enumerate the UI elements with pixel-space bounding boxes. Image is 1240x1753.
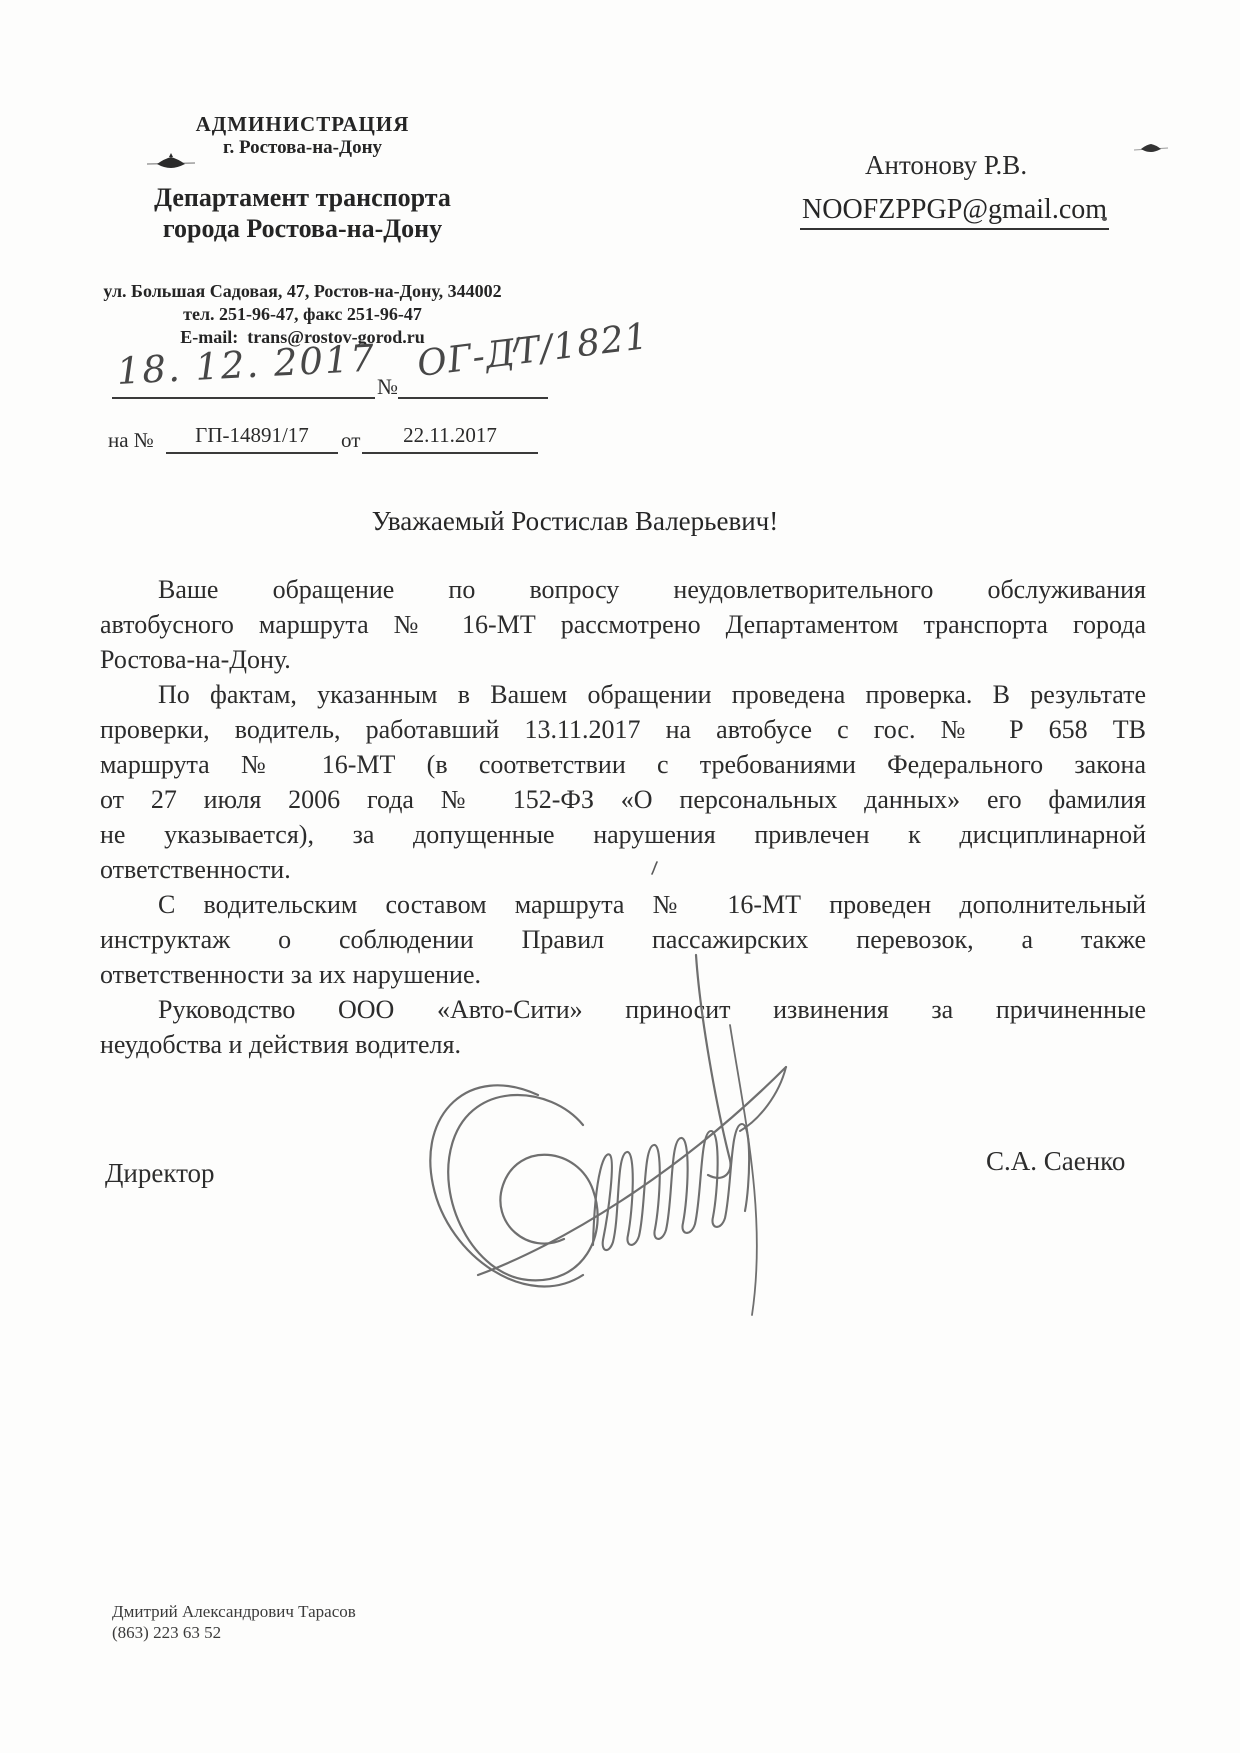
signature-scribble (378, 945, 808, 1330)
signature-title: Директор (105, 1158, 215, 1189)
wing-pen-mark-icon (146, 153, 196, 175)
incoming-date: 22.11.2017 (362, 423, 538, 454)
paragraph: Ваше обращение по вопросу неудовлетворит… (100, 572, 1146, 677)
body-line: проверки, водитель, работавший 13.11.201… (100, 712, 1146, 747)
body-line: По фактам, указанным в Вашем обращении п… (100, 677, 1146, 712)
executor-phone: (863) 223 63 52 (112, 1622, 356, 1643)
number-underline (398, 397, 548, 399)
paragraph: По фактам, указанным в Вашем обращении п… (100, 677, 1146, 887)
stray-dot-mark (1102, 217, 1107, 221)
from-label: от (341, 428, 360, 453)
body-line: ответственности. (100, 852, 1146, 887)
incoming-label: на № (108, 428, 154, 453)
body-line: автобусного маршрута № 16-МТ рассмотрено… (100, 607, 1146, 642)
pen-tick-icon (1133, 140, 1169, 158)
scanned-letter-page: АДМИНИСТРАЦИЯ г. Ростова-на-Дону Департа… (0, 0, 1240, 1753)
body-line: Ваше обращение по вопросу неудовлетворит… (100, 572, 1146, 607)
sender-org-line1: АДМИНИСТРАЦИЯ (95, 112, 510, 137)
recipient-name: Антонову Р.В. (865, 150, 1027, 181)
executor-name: Дмитрий Александрович Тарасов (112, 1601, 356, 1622)
stray-comma-mark (650, 860, 660, 876)
sender-dept-line2: города Ростова-на-Дону (95, 214, 510, 244)
body-line: от 27 июля 2006 года № 152-ФЗ «О персона… (100, 782, 1146, 817)
sender-phone-fax: тел. 251-96-47, факс 251-96-47 (95, 304, 510, 325)
date-underline (112, 397, 375, 399)
executor-block: Дмитрий Александрович Тарасов (863) 223 … (112, 1601, 356, 1643)
body-line: Ростова-на-Дону. (100, 642, 1146, 677)
number-label: № (377, 374, 398, 400)
body-line: не указывается), за допущенные нарушения… (100, 817, 1146, 852)
recipient-email: NOOFZPPGP@gmail.com (800, 194, 1109, 230)
sender-address: ул. Большая Садовая, 47, Ростов-на-Дону,… (95, 281, 510, 302)
body-line: С водительским составом маршрута № 16-МТ… (100, 887, 1146, 922)
salutation: Уважаемый Ростислав Валерьевич! (100, 506, 1050, 537)
sender-dept-line1: Департамент транспорта (95, 183, 510, 213)
signature-name: С.А. Саенко (986, 1146, 1125, 1177)
body-line: маршрута № 16-МТ (в соответствии с требо… (100, 747, 1146, 782)
incoming-number: ГП-14891/17 (166, 423, 338, 454)
stray-apostrophe-mark (510, 336, 522, 354)
